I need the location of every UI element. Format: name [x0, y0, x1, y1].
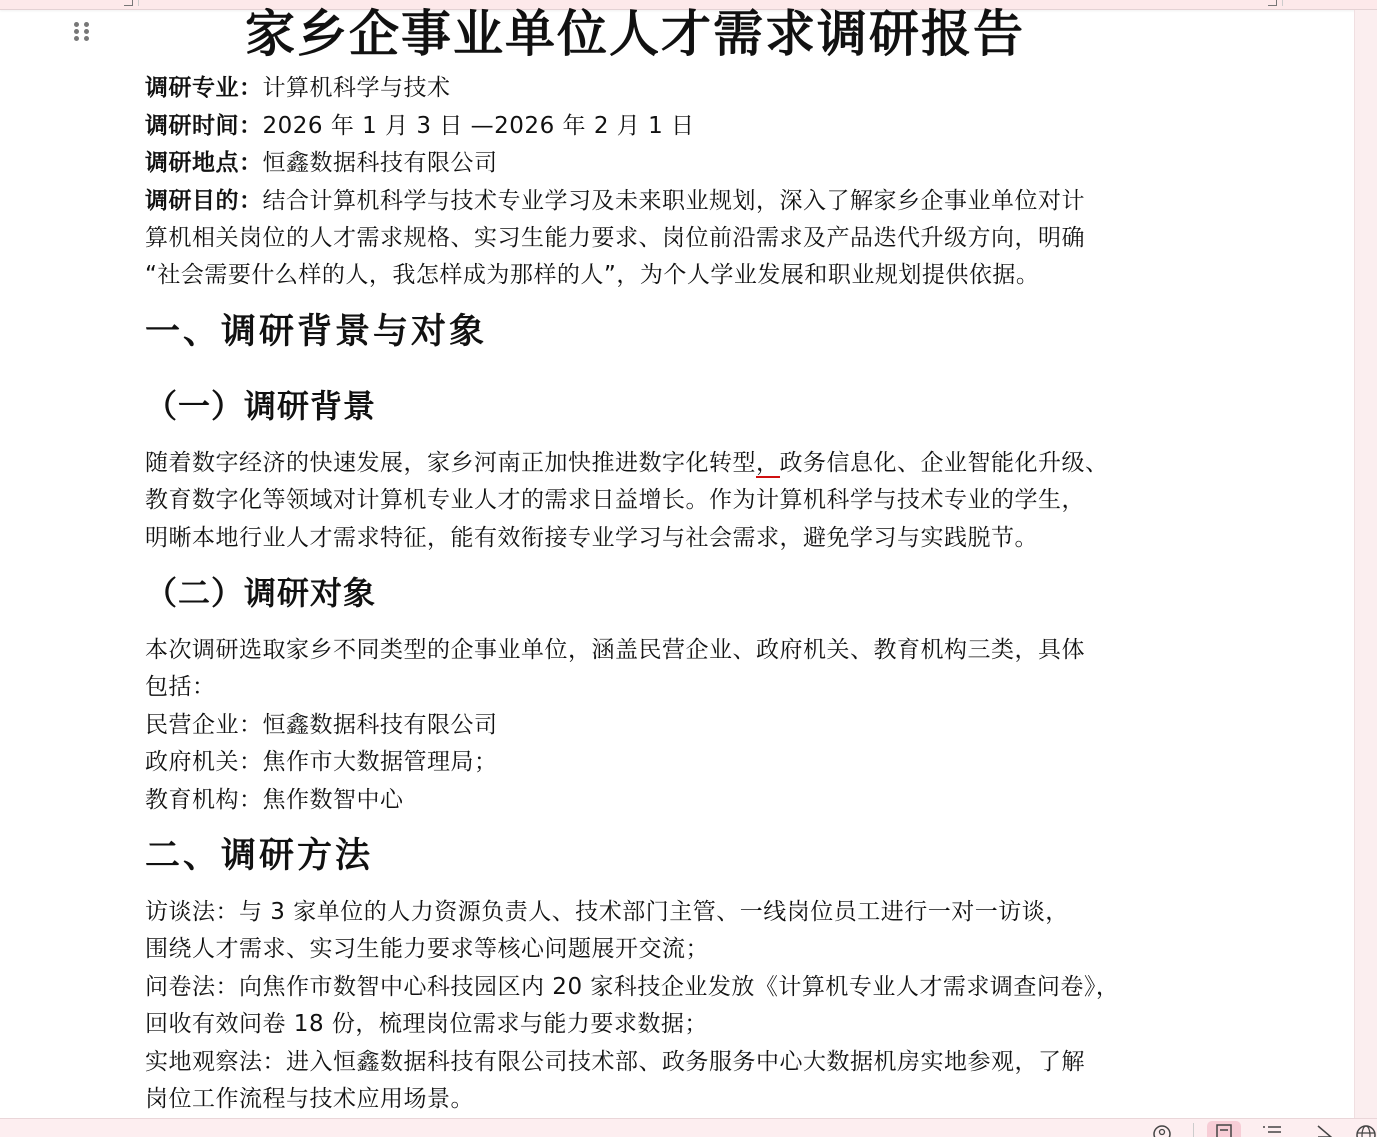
margin-corner-right-icon — [1268, 0, 1277, 6]
purpose-text: 结合计算机科学与技术专业学习及未来职业规划，深入了解家乡企事业单位对计 — [263, 188, 1086, 214]
paragraph-line: 随着数字经济的快速发展，家乡河南正加快推进数字化转型，政务信息化、企业智能化升级… — [145, 448, 1109, 478]
status-separator — [1193, 1123, 1194, 1137]
text-run: 政务信息化、企业智能化升级、 — [780, 450, 1109, 476]
margin-corner-left-icon — [124, 0, 133, 6]
right-gutter — [1354, 10, 1377, 1118]
meta-label: 调研地点： — [145, 150, 263, 176]
meta-value: 2026 年 1 月 3 日 —2026 年 2 月 1 日 — [263, 113, 695, 139]
help-icon[interactable] — [1151, 1123, 1173, 1137]
meta-value: 计算机科学与技术 — [263, 75, 451, 101]
section-heading-1: 一、调研背景与对象 — [145, 310, 487, 354]
outline-icon[interactable] — [1261, 1123, 1283, 1137]
paragraph-line: 教育数字化等领域对计算机专业人才的需求日益增长。作为计算机科学与技术专业的学生， — [145, 485, 1085, 515]
purpose-line: “社会需要什么样的人，我怎样成为那样的人”，为个人学业发展和职业规划提供依据。 — [145, 260, 1039, 290]
meta-major: 调研专业：计算机科学与技术 — [145, 73, 451, 103]
play-icon[interactable] — [1313, 1123, 1335, 1137]
method-questionnaire: 问卷法：向焦作市数智中心科技园区内 20 家科技企业发放《计算机专业人才需求调查… — [145, 972, 1119, 1002]
subsection-heading-subjects: （二）调研对象 — [145, 573, 376, 613]
method-observation: 实地观察法：进入恒鑫数据科技有限公司技术部、政务服务中心大数据机房实地参观，了解 — [145, 1047, 1085, 1077]
meta-label: 调研时间： — [145, 113, 263, 139]
meta-label: 调研专业： — [145, 75, 263, 101]
paragraph-line: 明晰本地行业人才需求特征，能有效衔接专业学习与社会需求，避免学习与实践脱节。 — [145, 523, 1038, 553]
ruler-separator — [138, 0, 139, 6]
purpose-line: 算机相关岗位的人才需求规格、实习生能力要求、岗位前沿需求及产品迭代升级方向，明确 — [145, 223, 1085, 253]
paragraph-line: 围绕人才需求、实习生能力要求等核心问题展开交流； — [145, 934, 709, 964]
subsection-heading-background: （一）调研背景 — [145, 386, 376, 426]
page-view-icon[interactable] — [1207, 1121, 1241, 1137]
paragraph-line: 本次调研选取家乡不同类型的企事业单位，涵盖民营企业、政府机关、教育机构三类，具体 — [145, 635, 1085, 665]
meta-location: 调研地点：恒鑫数据科技有限公司 — [145, 148, 498, 178]
globe-icon[interactable] — [1355, 1123, 1377, 1137]
status-bar — [0, 1118, 1377, 1137]
spellcheck-mark[interactable]: ， — [756, 450, 780, 478]
method-interview: 访谈法：与 3 家单位的人力资源负责人、技术部门主管、一线岗位员工进行一对一访谈… — [145, 897, 1069, 927]
text-run: 随着数字经济的快速发展，家乡河南正加快推进数字化转型 — [145, 450, 756, 476]
paragraph-line: 岗位工作流程与技术应用场景。 — [145, 1084, 474, 1114]
purpose-line: 调研目的：结合计算机科学与技术专业学习及未来职业规划，深入了解家乡企事业单位对计 — [145, 186, 1085, 216]
paragraph-line: 回收有效问卷 18 份，梳理岗位需求与能力要求数据； — [145, 1009, 708, 1039]
section-heading-2: 二、调研方法 — [145, 834, 373, 878]
subject-education: 教育机构：焦作数智中心 — [145, 785, 404, 815]
block-drag-handle-icon[interactable] — [74, 22, 90, 44]
paragraph-line: 包括： — [145, 672, 216, 702]
subject-government: 政府机关：焦作市大数据管理局； — [145, 747, 498, 777]
subject-private-enterprise: 民营企业：恒鑫数据科技有限公司 — [145, 710, 498, 740]
document-title: 家乡企事业单位人才需求调研报告 — [245, 4, 1045, 64]
purpose-label: 调研目的： — [145, 188, 263, 214]
meta-value: 恒鑫数据科技有限公司 — [263, 150, 498, 176]
meta-time: 调研时间：2026 年 1 月 3 日 —2026 年 2 月 1 日 — [145, 111, 695, 141]
ruler-separator — [1282, 0, 1283, 6]
